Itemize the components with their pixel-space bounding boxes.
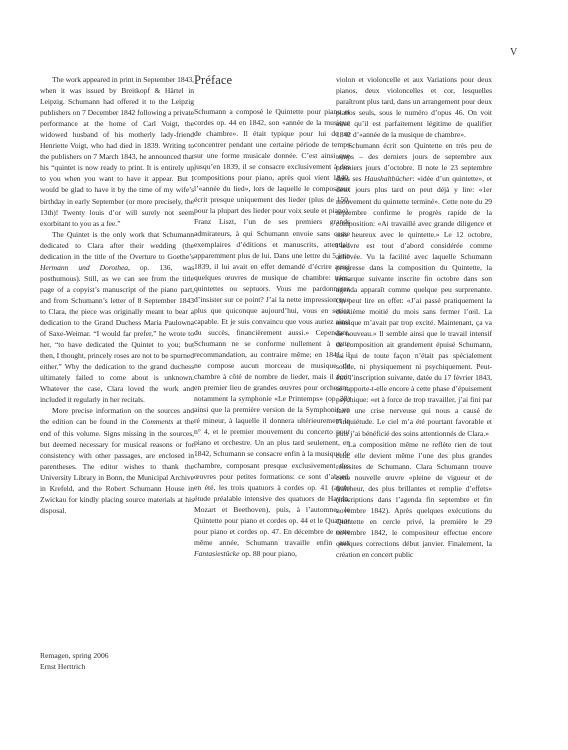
page-number: V	[510, 47, 517, 58]
left-column: The work appeared in print in September …	[40, 74, 194, 516]
page-title: Préface	[194, 73, 232, 88]
left-paragraph-2: The Quintet is the only work that Schuma…	[40, 229, 194, 406]
middle-paragraph-1: Schumann a composé le Quintette pour pia…	[194, 106, 350, 559]
right-column: violon et violoncelle et aux Variations …	[336, 74, 492, 560]
right-paragraph-2: Schumann écrit son Quintette en très peu…	[336, 140, 492, 438]
right-paragraph-3: La composition même ne reflète rien de t…	[336, 439, 492, 561]
left-paragraph-3: More precise information on the sources …	[40, 405, 194, 515]
signoff-place-date: Remagen, spring 2006	[40, 650, 109, 661]
signoff: Remagen, spring 2006 Ernst Herttrich	[40, 650, 109, 672]
left-paragraph-1: The work appeared in print in September …	[40, 74, 194, 229]
signoff-author: Ernst Herttrich	[40, 661, 109, 672]
right-paragraph-1: violon et violoncelle et aux Variations …	[336, 74, 492, 140]
middle-column: Schumann a composé le Quintette pour pia…	[194, 106, 350, 559]
